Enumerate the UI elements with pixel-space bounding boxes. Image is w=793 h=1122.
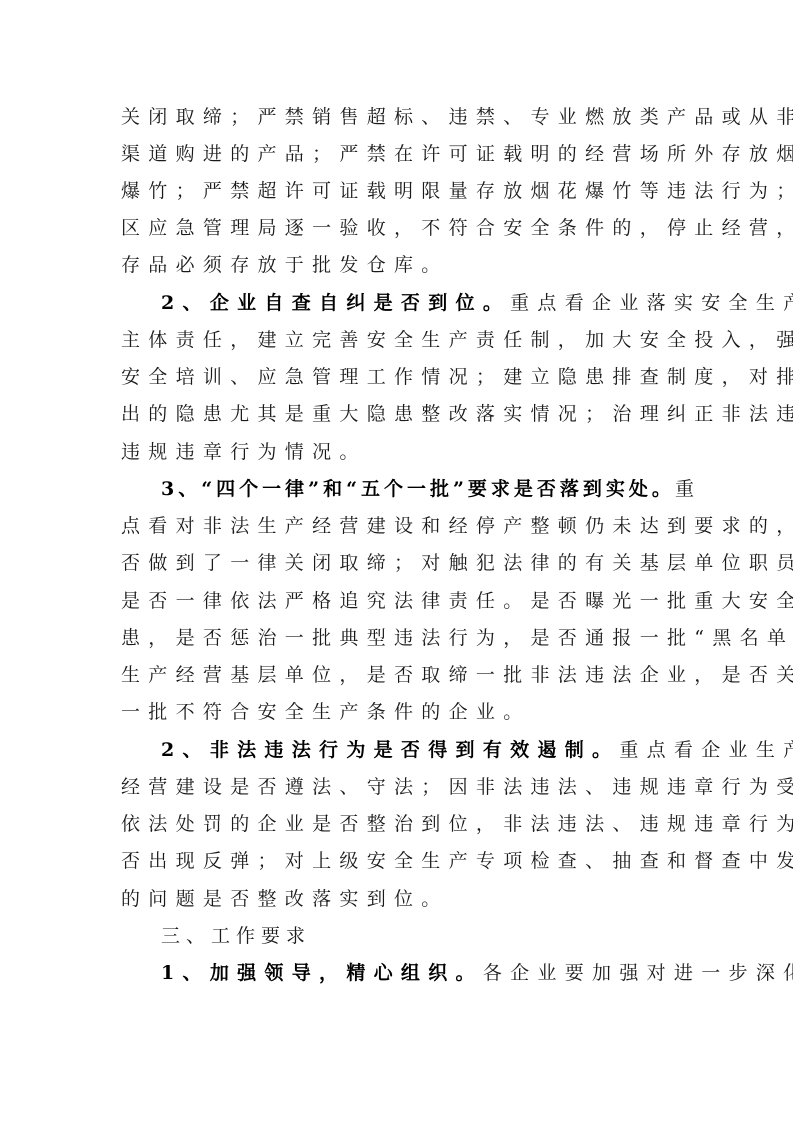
line-text: 各企业要加强对进一步深化 (483, 962, 793, 984)
body-line: 否出现反弹；对上级安全生产专项检查、抽查和督查中发现 (121, 846, 681, 876)
body-line: 渠道购进的产品；严禁在许可证载明的经营场所外存放烟花 (121, 139, 681, 169)
line-text: 区应急管理局逐一验收，不符合安全条件的，停止经营，库 (121, 217, 793, 239)
section-heading-work-requirements: 三、工作要求 (161, 921, 721, 951)
body-line: 经营建设是否遵法、守法；因非法违法、违规违章行为受到 (121, 772, 681, 802)
body-line: 否做到了一律关闭取缔；对触犯法律的有关基层单位职员， (121, 548, 681, 578)
line-text: 点看对非法生产经营建设和经停产整顿仍未达到要求的，是 (121, 515, 793, 537)
section-item-3-four-five: 3、“四个一律”和“五个一批”要求是否落到实处。重 (161, 474, 721, 504)
line-text: 的问题是否整改落实到位。 (121, 888, 449, 910)
line-text: 主体责任，建立完善安全生产责任制，加大安全投入，强化 (121, 329, 793, 351)
body-line: 区应急管理局逐一验收，不符合安全条件的，停止经营，库 (121, 213, 681, 243)
line-text: 否出现反弹；对上级安全生产专项检查、抽查和督查中发现 (121, 850, 793, 872)
item-heading: 1、加强领导，精心组织。 (161, 962, 483, 984)
section-item-1-leadership: 1、加强领导，精心组织。各企业要加强对进一步深化 (161, 958, 721, 988)
line-text: 安全培训、应急管理工作情况；建立隐患排查制度，对排查 (121, 366, 793, 388)
line-text: 一批不符合安全生产条件的企业。 (121, 701, 531, 723)
line-text: 出的隐患尤其是重大隐患整改落实情况；治理纠正非法违法、 (121, 403, 793, 425)
item-heading: 2、企业自查自纠是否到位。 (161, 292, 510, 314)
body-line: 安全培训、应急管理工作情况；建立隐患排查制度，对排查 (121, 362, 681, 392)
body-line: 关闭取缔；严禁销售超标、违禁、专业燃放类产品或从非法 (121, 102, 681, 132)
body-line: 主体责任，建立完善安全生产责任制，加大安全投入，强化 (121, 325, 681, 355)
body-line: 的问题是否整改落实到位。 (121, 884, 681, 914)
line-text: 患，是否惩治一批典型违法行为，是否通报一批“黑名单” (121, 627, 793, 649)
body-line: 存品必须存放于批发仓库。 (121, 250, 681, 280)
line-text: 是否一律依法严格追究法律责任。是否曝光一批重大安全隐 (121, 590, 793, 612)
line-text: 依法处罚的企业是否整治到位，非法违法、违规违章行为是 (121, 813, 793, 835)
body-line: 出的隐患尤其是重大隐患整改落实情况；治理纠正非法违法、 (121, 399, 681, 429)
line-text: 违规违章行为情况。 (121, 441, 367, 463)
line-text: 否做到了一律关闭取缔；对触犯法律的有关基层单位职员， (121, 552, 793, 574)
body-line: 点看对非法生产经营建设和经停产整顿仍未达到要求的，是 (121, 511, 681, 541)
line-text: 经营建设是否遵法、守法；因非法违法、违规违章行为受到 (121, 776, 793, 798)
line-text: 关闭取缔；严禁销售超标、违禁、专业燃放类产品或从非法 (121, 106, 793, 128)
line-text: 生产经营基层单位，是否取缔一批非法违法企业，是否关闭 (121, 664, 793, 686)
body-line: 爆竹；严禁超许可证载明限量存放烟花爆竹等违法行为；由 (121, 176, 681, 206)
item-heading: 2、非法违法行为是否得到有效遏制。 (161, 739, 619, 761)
body-line: 依法处罚的企业是否整治到位，非法违法、违规违章行为是 (121, 809, 681, 839)
body-line: 生产经营基层单位，是否取缔一批非法违法企业，是否关闭 (121, 660, 681, 690)
body-line: 是否一律依法严格追究法律责任。是否曝光一批重大安全隐 (121, 586, 681, 616)
body-line: 违规违章行为情况。 (121, 437, 681, 467)
body-line: 一批不符合安全生产条件的企业。 (121, 697, 681, 727)
item-heading: 3、“四个一律”和“五个一批”要求是否落到实处。 (161, 478, 675, 500)
line-text: 重 (675, 478, 698, 500)
section-item-2-illegal-acts: 2、非法违法行为是否得到有效遏制。重点看企业生产 (161, 735, 721, 765)
line-text: 存品必须存放于批发仓库。 (121, 254, 449, 276)
section-item-2-self-inspection: 2、企业自查自纠是否到位。重点看企业落实安全生产 (161, 288, 721, 318)
body-line: 患，是否惩治一批典型违法行为，是否通报一批“黑名单” (121, 623, 681, 653)
document-page: 关闭取缔；严禁销售超标、违禁、专业燃放类产品或从非法 渠道购进的产品；严禁在许可… (0, 0, 793, 1122)
section-title: 三、工作要求 (161, 925, 311, 947)
line-text: 重点看企业落实安全生产 (510, 292, 793, 314)
line-text: 爆竹；严禁超许可证载明限量存放烟花爆竹等违法行为；由 (121, 180, 793, 202)
line-text: 重点看企业生产 (619, 739, 793, 761)
line-text: 渠道购进的产品；严禁在许可证载明的经营场所外存放烟花 (121, 143, 793, 165)
